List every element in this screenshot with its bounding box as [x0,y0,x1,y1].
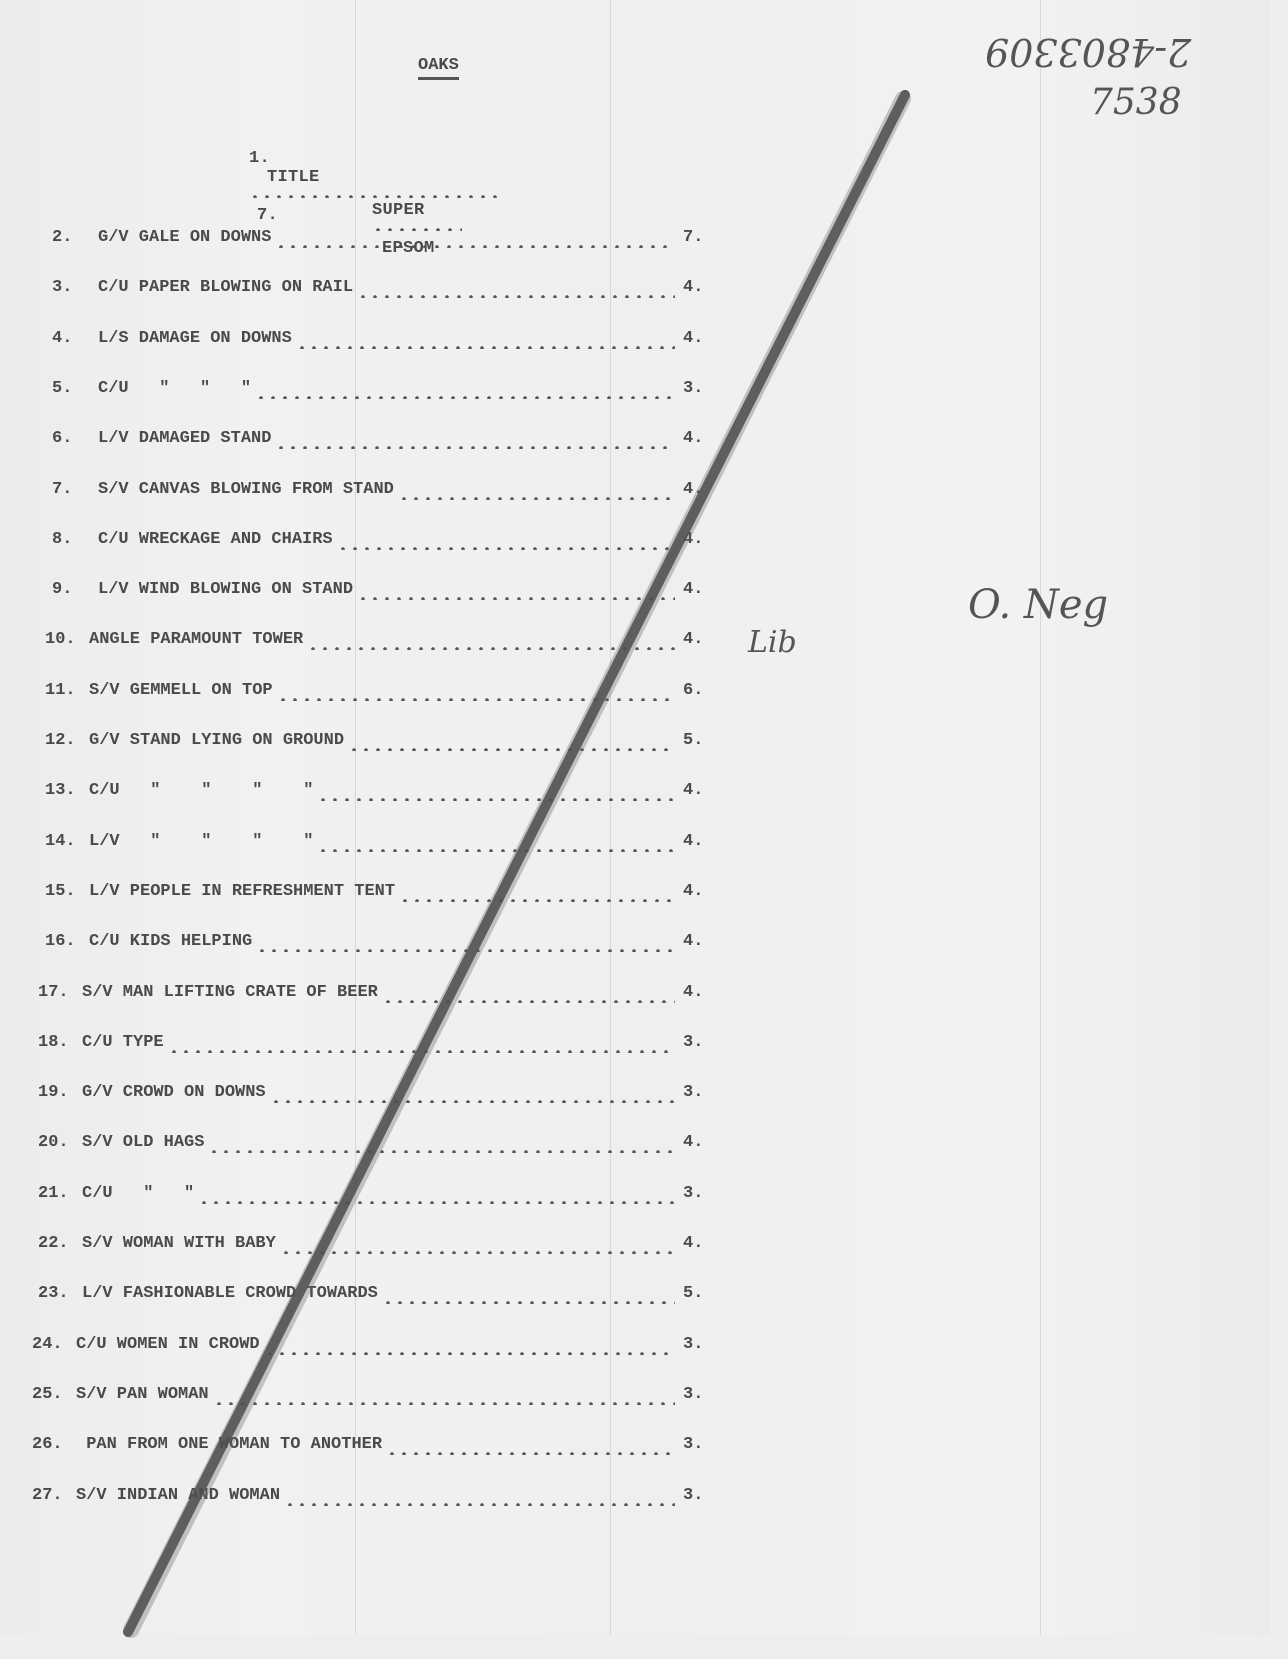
fold-line [1040,0,1041,1635]
leader-dots [270,1099,675,1103]
shot-description: C/U TYPE [82,1033,164,1052]
shot-duration: 4. [683,429,703,448]
leader-dots [337,546,675,550]
shot-duration: 4. [683,1133,703,1152]
leader-dots [357,596,675,600]
shot-duration: 4. [683,580,703,599]
shot-description: S/V INDIAN AND WOMAN [76,1486,280,1505]
shot-duration: 6. [683,681,703,700]
shot-duration: 4. [683,630,703,649]
shot-number: 17. [38,983,69,1002]
shot-duration: 4. [683,832,703,851]
shot-duration: 3. [683,379,703,398]
shot-description: L/V FASHIONABLE CROWD TOWARDS [82,1284,378,1303]
shot-description: S/V CANVAS BLOWING FROM STAND [98,480,394,499]
shot-number: 6. [52,429,72,448]
leader-dots [255,395,675,399]
leader-dots [208,1149,675,1153]
shot-duration: 7. [683,228,703,247]
shot-number: 24. [32,1335,63,1354]
leader-dots [280,1250,675,1254]
leader-dots [277,697,675,701]
document-heading: OAKS [418,56,459,80]
shot-number: 2. [52,228,72,247]
leader-dots [386,1451,675,1455]
handwritten-margin-note: Lib [748,625,797,660]
shot-number: 12. [45,731,76,750]
handwritten-number: 7538 [1090,82,1182,123]
leader-dots [198,1200,675,1204]
shot-duration: 4. [683,882,703,901]
shot-description: L/V DAMAGED STAND [98,429,271,448]
shot-duration: 5. [683,1284,703,1303]
shot-duration: 3. [683,1033,703,1052]
shot-number: 27. [32,1486,63,1505]
leader-dots [357,294,675,298]
shot-description: C/U KIDS HELPING [89,932,252,951]
shot-description: L/S DAMAGE ON DOWNS [98,329,292,348]
shot-duration: 3. [683,1486,703,1505]
shot-duration: 4. [683,278,703,297]
title-number: 1. [249,149,270,168]
leader-dots [372,227,462,231]
pencil-strikethrough [0,0,1288,1659]
shot-description: ANGLE PARAMOUNT TOWER [89,630,303,649]
shot-description: C/U " " [82,1184,194,1203]
handwritten-reference: 2-4803309 [985,30,1191,74]
shot-duration: 3. [683,1335,703,1354]
shot-number: 22. [38,1234,69,1253]
title-duration: 7. [257,206,278,225]
shot-duration: 3. [683,1435,703,1454]
shot-duration: 4. [683,932,703,951]
title-label: TITLE [267,168,320,187]
leader-dots [256,948,675,952]
shot-duration: 4. [683,983,703,1002]
shot-description: C/U WRECKAGE AND CHAIRS [98,530,333,549]
handwritten-side-note: O. Neg [968,582,1108,628]
leader-dots [398,496,675,500]
shot-description: S/V PAN WOMAN [76,1385,209,1404]
leader-dots [275,445,675,449]
super-value: EPSOM [382,239,435,258]
shot-number: 4. [52,329,72,348]
shot-description: S/V MAN LIFTING CRATE OF BEER [82,983,378,1002]
shot-number: 16. [45,932,76,951]
leader-dots [296,345,675,349]
shot-duration: 5. [683,731,703,750]
shot-description: C/U " " " [98,379,251,398]
shot-number: 9. [52,580,72,599]
leader-dots [317,848,675,852]
shot-description: PAN FROM ONE WOMAN TO ANOTHER [76,1435,382,1454]
leader-dots [382,999,675,1003]
shot-duration: 4. [683,329,703,348]
shot-number: 11. [45,681,76,700]
shot-number: 7. [52,480,72,499]
shot-number: 5. [52,379,72,398]
shot-description: L/V PEOPLE IN REFRESHMENT TENT [89,882,395,901]
shot-number: 14. [45,832,76,851]
shot-description: S/V WOMAN WITH BABY [82,1234,276,1253]
shot-number: 21. [38,1184,69,1203]
shot-duration: 4. [683,781,703,800]
shot-description: C/U PAPER BLOWING ON RAIL [98,278,353,297]
shot-description: L/V WIND BLOWING ON STAND [98,580,353,599]
shot-number: 19. [38,1083,69,1102]
shot-description: C/U WOMEN IN CROWD [76,1335,260,1354]
shot-description: G/V GALE ON DOWNS [98,228,271,247]
shot-description: C/U " " " " [89,781,313,800]
leader-dots [399,898,675,902]
shot-number: 20. [38,1133,69,1152]
shot-number: 10. [45,630,76,649]
super-label: SUPER [372,201,425,220]
leader-dots [213,1401,675,1405]
shot-duration: 3. [683,1385,703,1404]
leader-dots [264,1351,675,1355]
shot-duration: 4. [683,530,703,549]
shot-number: 26. [32,1435,63,1454]
shot-number: 23. [38,1284,69,1303]
super-line: SUPER EPSOM [330,182,462,277]
leader-dots [382,1300,675,1304]
shot-description: S/V OLD HAGS [82,1133,204,1152]
shot-number: 3. [52,278,72,297]
shot-number: 15. [45,882,76,901]
shot-duration: 4. [683,480,703,499]
leader-dots [275,244,675,248]
shot-description: G/V CROWD ON DOWNS [82,1083,266,1102]
leader-dots [168,1049,675,1053]
shot-duration: 3. [683,1184,703,1203]
shot-number: 18. [38,1033,69,1052]
shot-description: L/V " " " " [89,832,313,851]
leader-dots [317,797,675,801]
shot-number: 8. [52,530,72,549]
shot-description: G/V STAND LYING ON GROUND [89,731,344,750]
document-page: OAKS 1. TITLE 7. SUPER EPSOM 2.G/V GALE … [0,0,1270,1635]
shot-duration: 4. [683,1234,703,1253]
leader-dots [348,747,675,751]
leader-dots [307,646,675,650]
shot-duration: 3. [683,1083,703,1102]
leader-dots [284,1502,675,1506]
shot-number: 25. [32,1385,63,1404]
shot-number: 13. [45,781,76,800]
shot-description: S/V GEMMELL ON TOP [89,681,273,700]
